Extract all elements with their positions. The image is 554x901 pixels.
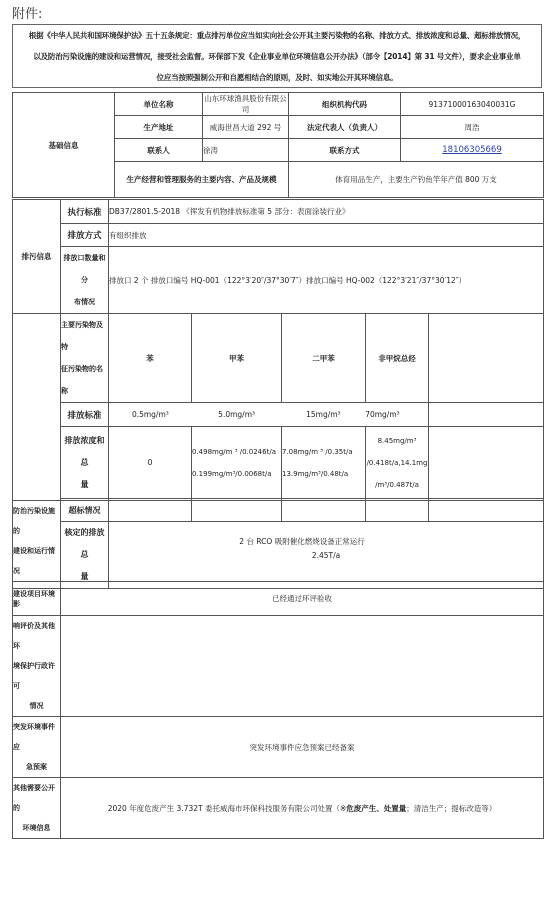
intro-notice: 根据《中华人民共和国环境保护法》五十五条规定：重点排污单位应当如实向社会公开其主… <box>12 24 542 88</box>
emergency-value: 突发环境事件应急预案已经备案 <box>61 717 544 778</box>
intro-line: 以及防治污染设施的建设和运营情况，接受社会监督。环保部下发《企业事业单位环境信息… <box>13 46 541 67</box>
limit-label: 排放标准 <box>61 403 109 427</box>
conc-nmhc: 8.45mg/m³/0.418t/a,14.1mg/m³/0.487t/a <box>366 427 429 499</box>
org-code-label: 组织机构代码 <box>289 93 401 116</box>
unit-name-label: 单位名称 <box>115 93 203 116</box>
emission-section: 排污信息 <box>13 200 61 314</box>
phone-label: 联系方式 <box>289 139 401 162</box>
eia-label-1: 建设项目环境影 <box>13 582 61 616</box>
pollutant-benzene: 苯 <box>109 314 192 403</box>
unit-name-value: 山东环球渔具股份有限公司 <box>203 93 289 116</box>
legal-rep-value: 周浩 <box>401 116 544 139</box>
eia-label-2: 响评价及其他环境保护行政许可情况 <box>13 616 61 717</box>
contact-label: 联系人 <box>115 139 203 162</box>
pollutants-label: 主要污染物及特征污染物的名称 <box>61 314 109 403</box>
outlets-label: 排放口数量和分布情况 <box>61 247 109 314</box>
other-info-table: 防治污染设施的建设和运行情况 2 台 RCO 吸附催化燃烧设备正常运行 建设项目… <box>12 500 544 839</box>
attachment-label: 附件: <box>12 3 42 22</box>
standard-label: 执行标准 <box>61 200 109 224</box>
eia-permit-value <box>61 616 544 717</box>
emergency-label: 突发环境事件应急预案 <box>13 717 61 778</box>
pollutant-blank <box>429 314 544 403</box>
other-label: 其他需要公开的环境信息 <box>13 778 61 839</box>
conc-benzene: 0 <box>109 427 192 499</box>
intro-line: 根据《中华人民共和国环境保护法》五十五条规定：重点排污单位应当如实向社会公开其主… <box>13 25 541 46</box>
phone-link[interactable]: 18106305669 <box>442 145 502 155</box>
basic-info-table: 基础信息 单位名称 山东环球渔具股份有限公司 组织机构代码 9137100016… <box>12 92 544 198</box>
basic-info-section: 基础信息 <box>13 93 115 198</box>
conc-label: 排放浓度和总量 <box>61 427 109 499</box>
address-label: 生产地址 <box>115 116 203 139</box>
pollutant-toluene: 甲苯 <box>192 314 282 403</box>
intro-line: 位应当按照强制公开和自愿相结合的原则，及时、如实地公开其环境信息。 <box>13 67 541 88</box>
other-value: 2020 年度危废产生 3.732T 委托威海市环保科技服务有限公司处置（※危废… <box>61 778 544 839</box>
limit-nmhc: 70mg/m³ <box>365 410 428 419</box>
business-value: 体育用品生产，主要生产钓鱼竿年产值 800 万支 <box>289 162 544 198</box>
limit-benzene: 0.5mg/m³ <box>109 410 192 419</box>
business-label: 生产经营和管理服务的主要内容、产品及规模 <box>115 162 289 198</box>
method-label: 排放方式 <box>61 224 109 247</box>
legal-rep-label: 法定代表人（负责人） <box>289 116 401 139</box>
outlets-value: 排放口 2 个 排放口编号 HQ-001（122°3′20″/37°30′7″）… <box>109 247 544 314</box>
standard-value: DB37/2801.5-2018 《挥发有机物排放标准第 5 部分：表面涂装行业… <box>109 200 544 224</box>
pollutant-xylene: 二甲苯 <box>282 314 366 403</box>
method-value: 有组织排放 <box>109 224 544 247</box>
limit-toluene: 5.0mg/m³ <box>192 410 282 419</box>
conc-xylene: 7.08mg/m ³ /0.35t/a13.9mg/m³/0.48t/a <box>282 427 366 499</box>
limit-xylene: 15mg/m³ <box>281 410 365 419</box>
eia-value: 已经通过环评验收 <box>61 582 544 616</box>
limit-blank <box>429 403 544 427</box>
facilities-label: 防治污染设施的建设和运行情况 <box>13 501 61 582</box>
limits-row: 0.5mg/m³ 5.0mg/m³ 15mg/m³ 70mg/m³ <box>109 403 429 427</box>
conc-blank <box>429 427 544 499</box>
pollutant-nmhc: 非甲烷总烃 <box>366 314 429 403</box>
org-code-value: 91371000163040031G <box>401 93 544 116</box>
conc-toluene: 0.498mg/m ³ /0.0246t/a0.199mg/m³/0.0068t… <box>192 427 282 499</box>
address-value: 威海世昌大道 292 号 <box>203 116 289 139</box>
facilities-value: 2 台 RCO 吸附催化燃烧设备正常运行 <box>61 501 544 582</box>
contact-value: 徐涛 <box>203 139 289 162</box>
